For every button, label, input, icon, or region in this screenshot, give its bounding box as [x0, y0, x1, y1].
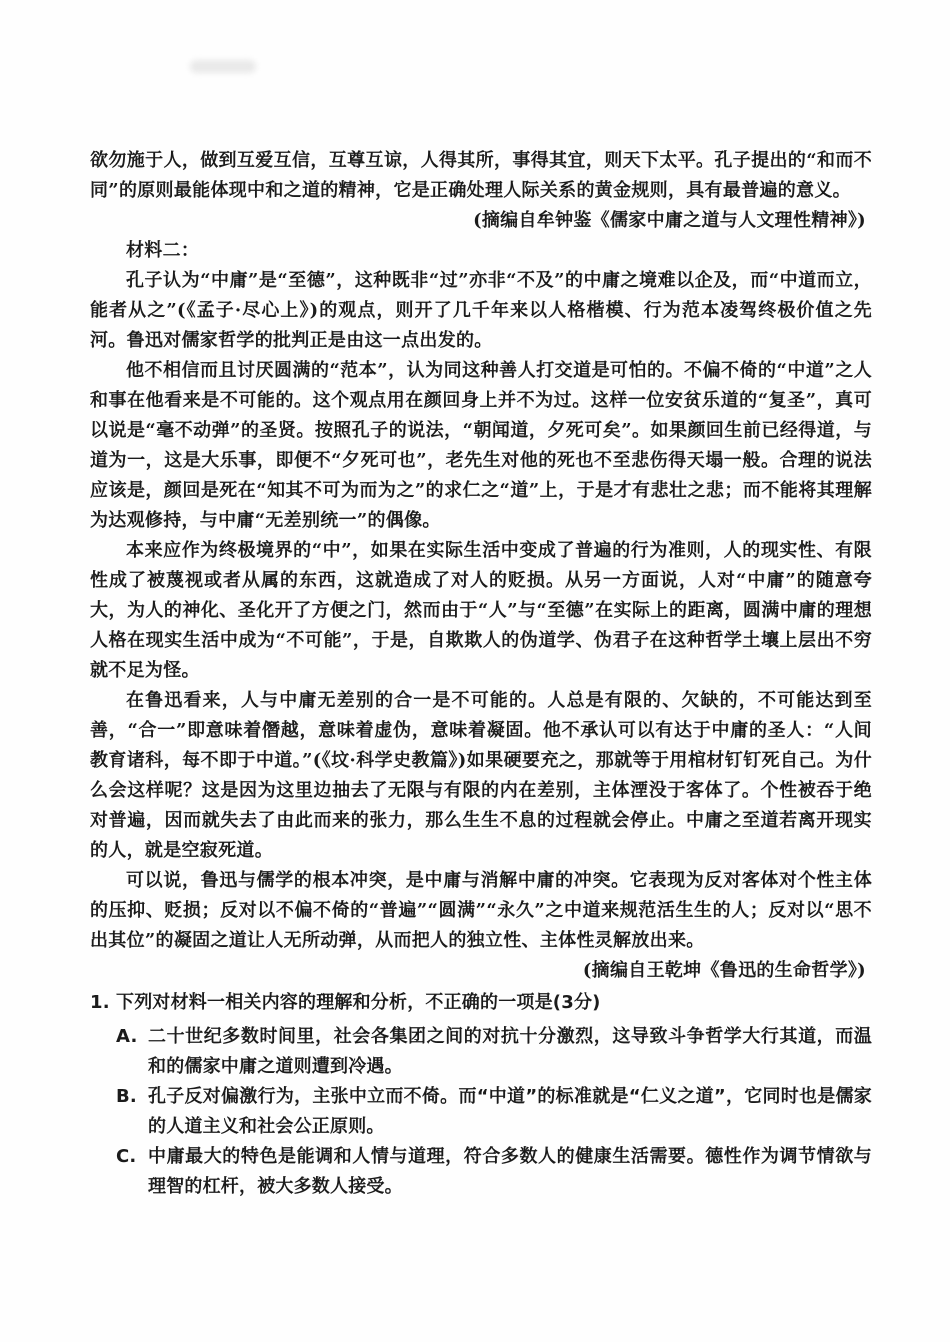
question-1: 1. 下列对材料一相关内容的理解和分析，不正确的一项是(3分) A. 二十世纪多… — [90, 988, 872, 1202]
material-two-attribution: (摘编自王乾坤《鲁迅的生命哲学》) — [90, 956, 872, 986]
scan-artifact — [190, 60, 256, 73]
material-one-attribution: (摘编自牟钟鉴《儒家中庸之道与人文理性精神》) — [90, 206, 872, 236]
question-1-option-b: B. 孔子反对偏激行为，主张中立而不倚。而“中道”的标准就是“仁义之道”，它同时… — [116, 1082, 872, 1142]
material-two-paragraph-1: 孔子认为“中庸”是“至德”，这种既非“过”亦非“不及”的中庸之境难以企及，而“中… — [90, 266, 872, 356]
question-stem-text: 下列对材料一相关内容的理解和分析，不正确的一项是(3分) — [116, 988, 872, 1018]
question-1-stem: 1. 下列对材料一相关内容的理解和分析，不正确的一项是(3分) — [90, 988, 872, 1018]
material-two-paragraph-2: 他不相信而且讨厌圆满的“范本”，认为同这种善人打交道是可怕的。不偏不倚的“中道”… — [90, 356, 872, 536]
option-b-label: B. — [116, 1082, 148, 1142]
question-1-option-a: A. 二十世纪多数时间里，社会各集团之间的对抗十分激烈，这导致斗争哲学大行其道，… — [116, 1022, 872, 1082]
text-block: 欲勿施于人，做到互爱互信，互尊互谅，人得其所，事得其宜，则天下太平。孔子提出的“… — [90, 146, 872, 1202]
material-two-heading: 材料二： — [90, 236, 872, 266]
option-b-text: 孔子反对偏激行为，主张中立而不倚。而“中道”的标准就是“仁义之道”，它同时也是儒… — [148, 1082, 872, 1142]
option-c-label: C. — [116, 1142, 148, 1202]
material-two-paragraph-4: 在鲁迅看来，人与中庸无差别的合一是不可能的。人总是有限的、欠缺的，不可能达到至善… — [90, 686, 872, 866]
question-number: 1. — [90, 988, 116, 1018]
scanned-exam-page: 欲勿施于人，做到互爱互信，互尊互谅，人得其所，事得其宜，则天下太平。孔子提出的“… — [0, 0, 950, 1342]
option-a-label: A. — [116, 1022, 148, 1082]
option-a-text: 二十世纪多数时间里，社会各集团之间的对抗十分激烈，这导致斗争哲学大行其道，而温和… — [148, 1022, 872, 1082]
material-one-ending-paragraph: 欲勿施于人，做到互爱互信，互尊互谅，人得其所，事得其宜，则天下太平。孔子提出的“… — [90, 146, 872, 206]
material-two-paragraph-5: 可以说，鲁迅与儒学的根本冲突，是中庸与消解中庸的冲突。它表现为反对客体对个性主体… — [90, 866, 872, 956]
option-c-text: 中庸最大的特色是能调和人情与道理，符合多数人的健康生活需要。德性作为调节情欲与理… — [148, 1142, 872, 1202]
question-1-option-c: C. 中庸最大的特色是能调和人情与道理，符合多数人的健康生活需要。德性作为调节情… — [116, 1142, 872, 1202]
material-two-paragraph-3: 本来应作为终极境界的“中”，如果在实际生活中变成了普遍的行为准则，人的现实性、有… — [90, 536, 872, 686]
